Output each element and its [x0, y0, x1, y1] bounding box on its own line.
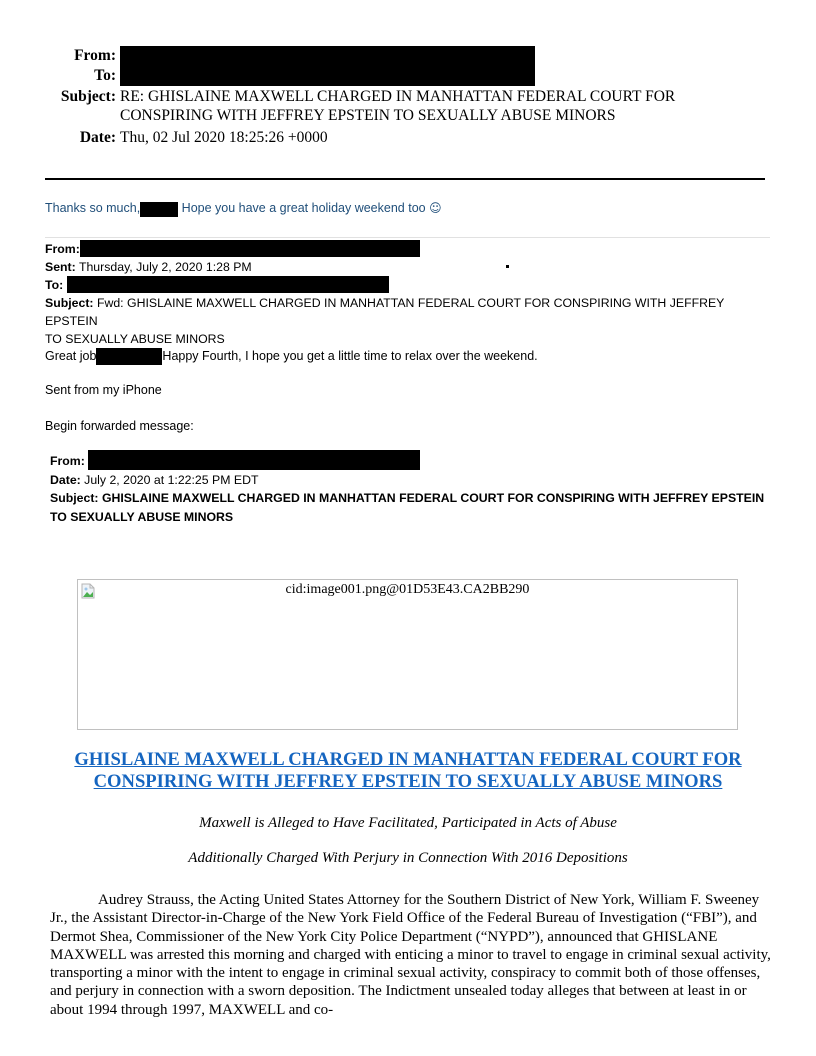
fwd1-subject-label: Subject: [45, 296, 94, 310]
fwd2-from-row: From: [50, 452, 780, 471]
fwd1-to-row: To: [45, 276, 775, 294]
date-row: Date: Thu, 02 Jul 2020 18:25:26 +0000 [0, 128, 816, 147]
image-alt-text: cid:image001.png@01D53E43.CA2BB290 [78, 582, 737, 598]
fwd2-subject-label: Subject: [50, 491, 99, 505]
fwd1-from-row: From: [45, 240, 775, 258]
subject-row: Subject: RE: GHISLAINE MAXWELL CHARGED I… [0, 87, 816, 125]
redacted-recipient [120, 66, 535, 86]
redacted-fwd1-recipient [67, 276, 389, 293]
subject-line-2: CONSPIRING WITH JEFFREY EPSTEIN TO SEXUA… [120, 107, 616, 124]
stray-mark [506, 265, 509, 268]
fwd1-from-label: From: [45, 242, 80, 256]
quote-divider [45, 237, 770, 238]
fwd2-date-row: Date: July 2, 2020 at 1:22:25 PM EDT [50, 471, 780, 490]
press-release-body: Audrey Strauss, the Acting United States… [50, 891, 772, 1019]
header-divider [45, 178, 765, 180]
redacted-fwd1-sender [80, 240, 420, 257]
redacted-name [140, 202, 178, 217]
date-label: Date: [0, 128, 120, 147]
from-row: From: [0, 46, 816, 66]
fwd2-subject-line-2: TO SEXUALLY ABUSE MINORS [50, 510, 233, 524]
fwd2-from-label: From: [50, 454, 85, 468]
fwd1-sent-label: Sent: [45, 260, 76, 274]
fwd2-subject-row: Subject: GHISLAINE MAXWELL CHARGED IN MA… [50, 489, 780, 526]
redacted-sender [120, 46, 535, 66]
from-label: From: [0, 46, 120, 65]
fwd1-subject-row: Subject: Fwd: GHISLAINE MAXWELL CHARGED … [45, 294, 775, 348]
embedded-image-placeholder: cid:image001.png@01D53E43.CA2BB290 [77, 579, 738, 730]
forward-intro: Begin forwarded message: [45, 419, 194, 433]
redacted-name-2 [96, 348, 162, 365]
reply-text-start: Thanks so much, [45, 201, 140, 215]
message-line: Great jobHappy Fourth, I hope you get a … [45, 349, 538, 365]
fwd2-date-value: July 2, 2020 at 1:22:25 PM EDT [84, 473, 258, 487]
forwarded-header-1: From: Sent: Thursday, July 2, 2020 1:28 … [45, 240, 775, 348]
press-release-subtitle-1: Maxwell is Alleged to Have Facilitated, … [0, 815, 816, 832]
subject-label: Subject: [0, 87, 120, 106]
press-release-subtitle-2: Additionally Charged With Perjury in Con… [0, 850, 816, 867]
reply-text-end: Hope you have a great holiday weekend to… [182, 201, 426, 215]
message-text-end: Happy Fourth, I hope you get a little ti… [162, 349, 537, 363]
to-row: To: [0, 66, 816, 86]
reply-message: Thanks so much, Hope you have a great ho… [45, 201, 442, 217]
fwd1-to-label: To: [45, 278, 63, 292]
message-text-start: Great job [45, 349, 96, 363]
fwd1-sent-row: Sent: Thursday, July 2, 2020 1:28 PM [45, 258, 775, 276]
fwd1-subject-line-1: Fwd: GHISLAINE MAXWELL CHARGED IN MANHAT… [45, 296, 724, 328]
fwd1-sent-value: Thursday, July 2, 2020 1:28 PM [79, 260, 252, 274]
fwd2-subject-line-1: GHISLAINE MAXWELL CHARGED IN MANHATTAN F… [102, 491, 764, 505]
date-value: Thu, 02 Jul 2020 18:25:26 +0000 [120, 128, 710, 147]
to-label: To: [0, 66, 120, 85]
email-header: From: To: Subject: RE: GHISLAINE MAXWELL… [0, 46, 816, 147]
title-line-2: CONSPIRING WITH JEFFREY EPSTEIN TO SEXUA… [94, 771, 723, 792]
redacted-fwd2-sender [88, 450, 420, 470]
forwarded-header-2: From: Date: July 2, 2020 at 1:22:25 PM E… [50, 452, 780, 526]
title-line-1: GHISLAINE MAXWELL CHARGED IN MANHATTAN F… [74, 749, 741, 770]
subject-text: RE: GHISLAINE MAXWELL CHARGED IN MANHATT… [120, 87, 710, 125]
fwd1-subject-line-2: TO SEXUALLY ABUSE MINORS [45, 332, 225, 346]
press-release-title-link[interactable]: GHISLAINE MAXWELL CHARGED IN MANHATTAN F… [40, 749, 776, 793]
signature: Sent from my iPhone [45, 383, 162, 397]
subject-line-1: RE: GHISLAINE MAXWELL CHARGED IN MANHATT… [120, 88, 675, 105]
smiley-icon: ☺ [429, 201, 442, 215]
fwd2-date-label: Date: [50, 473, 81, 487]
